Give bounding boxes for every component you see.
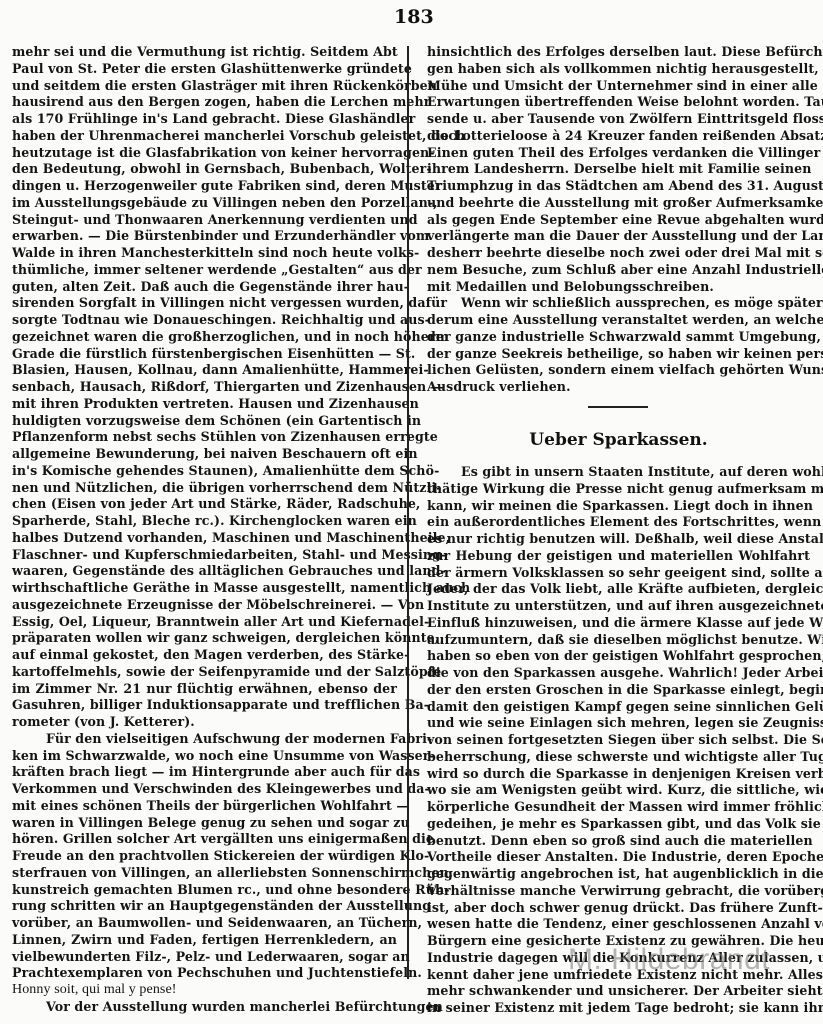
text-line: Ausdruck verliehen. bbox=[427, 379, 810, 396]
text-line: körperliche Gesundheit der Massen wird i… bbox=[427, 799, 810, 816]
text-line: Institute zu unterstützen, und auf ihren… bbox=[427, 598, 810, 615]
text-line: Verkommen und Verschwinden des Kleingewe… bbox=[12, 781, 397, 798]
text-line: gegenwärtig angebrochen ist, hat augenbl… bbox=[427, 866, 810, 883]
text-line: mit eines schönen Theils der bürgerliche… bbox=[12, 798, 397, 815]
text-line: derum eine Ausstellung veranstaltet werd… bbox=[427, 312, 810, 329]
text-line: benutzt. Denn eben so groß sind auch die… bbox=[427, 833, 810, 850]
text-line: kunstreich gemachten Blumen rc., und ohn… bbox=[12, 882, 397, 899]
text-line: im Ausstellungsgebäude zu Villingen nebe… bbox=[12, 195, 397, 212]
text-line: wesen hatte die Tendenz, einer geschloss… bbox=[427, 916, 810, 933]
text-line: der ärmern Volksklassen so sehr geeigent… bbox=[427, 565, 810, 582]
text-line: Flaschner- und Kupferschmiedarbeiten, St… bbox=[12, 547, 397, 564]
text-line: Walde in ihren Manchesterkitteln sind no… bbox=[12, 245, 397, 262]
column-rule bbox=[407, 46, 409, 979]
text-line: wo sie am Wenigsten geübt wird. Kurz, di… bbox=[427, 782, 810, 799]
watermark: M. Hildebrandt bbox=[568, 943, 770, 977]
text-line: als 170 Frühlinge in's Land gebracht. Di… bbox=[12, 111, 397, 128]
text-line: damit den geistigen Kampf gegen seine si… bbox=[427, 699, 810, 716]
text-line: vielbewunderten Filz-, Pelz- und Lederwa… bbox=[12, 949, 397, 966]
text-line: aufzumuntern, daß sie dieselben möglichs… bbox=[427, 632, 810, 649]
text-line: ist, aber doch schwer genug drückt. Das … bbox=[427, 900, 810, 917]
page-number: 183 bbox=[394, 6, 434, 28]
text-line: mehr sei und die Vermuthung ist richtig.… bbox=[12, 44, 397, 61]
text-line: heutzutage ist die Glasfabrikation von k… bbox=[12, 145, 397, 162]
text-line: vorüber, an Baumwollen- und Seidenwaaren… bbox=[12, 915, 397, 932]
text-line: Essig, Oel, Liqueur, Branntwein aller Ar… bbox=[12, 614, 397, 631]
text-line: Pflanzenform nebst sechs Stühlen von Ziz… bbox=[12, 429, 397, 446]
left-column: mehr sei und die Vermuthung ist richtig.… bbox=[12, 44, 397, 1016]
text-line: sirenden Sorgfalt in Villingen nicht ver… bbox=[12, 295, 397, 312]
text-line: thätige Wirkung die Presse nicht genug a… bbox=[427, 481, 810, 498]
text-line: waaren, Gegenstände des alltäglichen Geb… bbox=[12, 563, 397, 580]
text-line: Erwartungen übertreffenden Weise belohnt… bbox=[427, 94, 810, 111]
text-line: der den ersten Groschen in die Sparkasse… bbox=[427, 682, 810, 699]
section-divider bbox=[588, 406, 648, 408]
text-line: gen haben sich als vollkommen nichtig he… bbox=[427, 61, 810, 78]
text-line: ihrem Landesherrn. Derselbe hielt mit Fa… bbox=[427, 161, 810, 178]
text-line: die Lotterieloose à 24 Kreuzer fanden re… bbox=[427, 128, 810, 145]
text-line: auf einmal gekostet, den Magen verderben… bbox=[12, 647, 397, 664]
text-line: halbes Dutzend vorhanden, Maschinen und … bbox=[12, 530, 397, 547]
text-line: Einfluß hinzuweisen, und die ärmere Klas… bbox=[427, 615, 810, 632]
text-line: hören. Grillen solcher Art vergällten un… bbox=[12, 831, 397, 848]
text-line: sterfrauen von Villingen, an allerliebst… bbox=[12, 865, 397, 882]
right-column-bottom: Es gibt in unsern Staaten Institute, auf… bbox=[427, 464, 810, 1017]
text-line: beherrschung, diese schwerste und wichti… bbox=[427, 749, 810, 766]
text-line: kann, wir meinen die Sparkassen. Liegt d… bbox=[427, 498, 810, 515]
text-line: lichen Gelüsten, sondern einem vielfach … bbox=[427, 362, 810, 379]
text-line: allgemeine Bewunderung, bei naiven Besch… bbox=[12, 446, 397, 463]
text-line: gedeihen, je mehr es Sparkassen gibt, un… bbox=[427, 816, 810, 833]
text-line: in seiner Existenz mit jedem Tage bedroh… bbox=[427, 1000, 810, 1017]
text-line: sende u. aber Tausende von Zwölfern Eint… bbox=[427, 111, 810, 128]
text-line: haben so eben von der geistigen Wohlfahr… bbox=[427, 648, 810, 665]
text-line: erwarben. — Die Bürstenbinder und Erzund… bbox=[12, 228, 397, 245]
text-line: präparaten wollen wir ganz schweigen, de… bbox=[12, 630, 397, 647]
text-line: guten, alten Zeit. Daß auch die Gegenstä… bbox=[12, 279, 397, 296]
text-line: hinsichtlich des Erfolges derselben laut… bbox=[427, 44, 810, 61]
text-line: mehr schwankender und unsicherer. Der Ar… bbox=[427, 983, 810, 1000]
text-line: Paul von St. Peter die ersten Glashütten… bbox=[12, 61, 397, 78]
text-line: dingen u. Herzogenweiler gute Fabriken s… bbox=[12, 178, 397, 195]
section-title: Ueber Sparkassen. bbox=[427, 430, 810, 450]
text-line: Für den vielseitigen Aufschwung der mode… bbox=[12, 731, 397, 748]
text-line: der ganze industrielle Schwarzwald sammt… bbox=[427, 329, 810, 346]
text-line: Blasien, Hausen, Kollnau, dann Amalienhü… bbox=[12, 362, 397, 379]
text-line: Verhältnisse manche Verwirrung gebracht,… bbox=[427, 883, 810, 900]
text-line: sorgte Todtnau wie Donaueschingen. Reich… bbox=[12, 312, 397, 329]
text-line: die von den Sparkassen ausgehe. Wahrlich… bbox=[427, 665, 810, 682]
text-line: und beehrte die Ausstellung mit großer A… bbox=[427, 195, 810, 212]
text-line: mit Medaillen und Belobungsschreiben. bbox=[427, 279, 810, 296]
text-line: ken im Schwarzwalde, wo noch eine Unsumm… bbox=[12, 748, 397, 765]
text-line: Vor der Ausstellung wurden mancherlei Be… bbox=[12, 999, 397, 1016]
text-line: gezeichnet waren die großherzoglichen, u… bbox=[12, 329, 397, 346]
right-column-top: hinsichtlich des Erfolges derselben laut… bbox=[427, 44, 810, 396]
text-line: den Bedeutung, obwohl in Gernsbach, Bube… bbox=[12, 161, 397, 178]
text-line: thümliche, immer seltener werdende „Gest… bbox=[12, 262, 397, 279]
text-line: Mühe und Umsicht der Unternehmer sind in… bbox=[427, 78, 810, 95]
text-line: Sparherde, Stahl, Bleche rc.). Kirchengl… bbox=[12, 513, 397, 530]
text-line: als gegen Ende September eine Revue abge… bbox=[427, 212, 810, 229]
text-line: senbach, Hausach, Rißdorf, Thiergarten u… bbox=[12, 379, 397, 396]
text-line: haben der Uhrenmacherei mancherlei Vorsc… bbox=[12, 128, 397, 145]
text-line: hausirend aus den Bergen zogen, haben di… bbox=[12, 94, 397, 111]
text-line: Freude an den prachtvollen Stickereien d… bbox=[12, 848, 397, 865]
text-line: Grade die fürstlich fürstenbergischen Ei… bbox=[12, 346, 397, 363]
text-line: ausgezeichnete Erzeugnisse der Möbelschr… bbox=[12, 597, 397, 614]
text-line: Vortheile dieser Anstalten. Die Industri… bbox=[427, 849, 810, 866]
text-line: verlängerte man die Dauer der Ausstellun… bbox=[427, 228, 810, 245]
text-line: und seitdem die ersten Glasträger mit ih… bbox=[12, 78, 397, 95]
text-line: von seinen fortgesetzten Siegen über sic… bbox=[427, 732, 810, 749]
text-line: Gasuhren, billiger Induktionsapparate un… bbox=[12, 697, 397, 714]
text-line: chen (Eisen von jeder Art und Stärke, Rä… bbox=[12, 496, 397, 513]
text-line: kräften brach liegt — im Hintergrunde ab… bbox=[12, 764, 397, 781]
text-line: Triumphzug in das Städtchen am Abend des… bbox=[427, 178, 810, 195]
text-line: kartoffelmehls, sowie der Seifenpyramide… bbox=[12, 664, 397, 681]
text-line: wird so durch die Sparkasse in denjenige… bbox=[427, 766, 810, 783]
text-line: Es gibt in unsern Staaten Institute, auf… bbox=[427, 464, 810, 481]
text-line: nen und Nützlichen, die übrigen vorherrs… bbox=[12, 480, 397, 497]
text-line: waren in Villingen Belege genug zu sehen… bbox=[12, 815, 397, 832]
text-line: rung schritten wir an Hauptgegenständen … bbox=[12, 898, 397, 915]
text-line: mit ihren Produkten vertreten. Hausen un… bbox=[12, 396, 397, 413]
text-line: Honny soit, qui mal y pense! bbox=[12, 982, 397, 999]
text-line: Steingut- und Thonwaaren Anerkennung ver… bbox=[12, 212, 397, 229]
text-line: wirthschaftliche Geräthe in Masse ausges… bbox=[12, 580, 397, 597]
text-line: Jeder, der das Volk liebt, alle Kräfte a… bbox=[427, 581, 810, 598]
text-line: rometer (von J. Ketterer). bbox=[12, 714, 397, 731]
text-line: huldigten vorzugsweise dem Schönen (ein … bbox=[12, 413, 397, 430]
text-line: Einen guten Theil des Erfolges verdanken… bbox=[427, 145, 810, 162]
text-line: es nur richtig benutzen will. Deßhalb, w… bbox=[427, 531, 810, 548]
text-line: ein außerordentliches Element des Fortsc… bbox=[427, 514, 810, 531]
text-line: Wenn wir schließlich aussprechen, es mög… bbox=[427, 295, 810, 312]
text-line: nem Besuche, zum Schluß aber eine Anzahl… bbox=[427, 262, 810, 279]
text-line: im Zimmer Nr. 21 nur flüchtig erwähnen, … bbox=[12, 681, 397, 698]
text-line: Linnen, Zwirn und Faden, fertigen Herren… bbox=[12, 932, 397, 949]
text-line: und wie seine Einlagen sich mehren, lege… bbox=[427, 715, 810, 732]
text-line: in's Komische gehendes Staunen), Amalien… bbox=[12, 463, 397, 480]
text-line: der ganze Seekreis betheilige, so haben … bbox=[427, 346, 810, 363]
text-line: Prachtexemplaren von Pechschuhen und Juc… bbox=[12, 965, 397, 982]
text-line: zur Hebung der geistigen und materiellen… bbox=[427, 548, 810, 565]
text-line: desherr beehrte dieselbe noch zwei oder … bbox=[427, 245, 810, 262]
